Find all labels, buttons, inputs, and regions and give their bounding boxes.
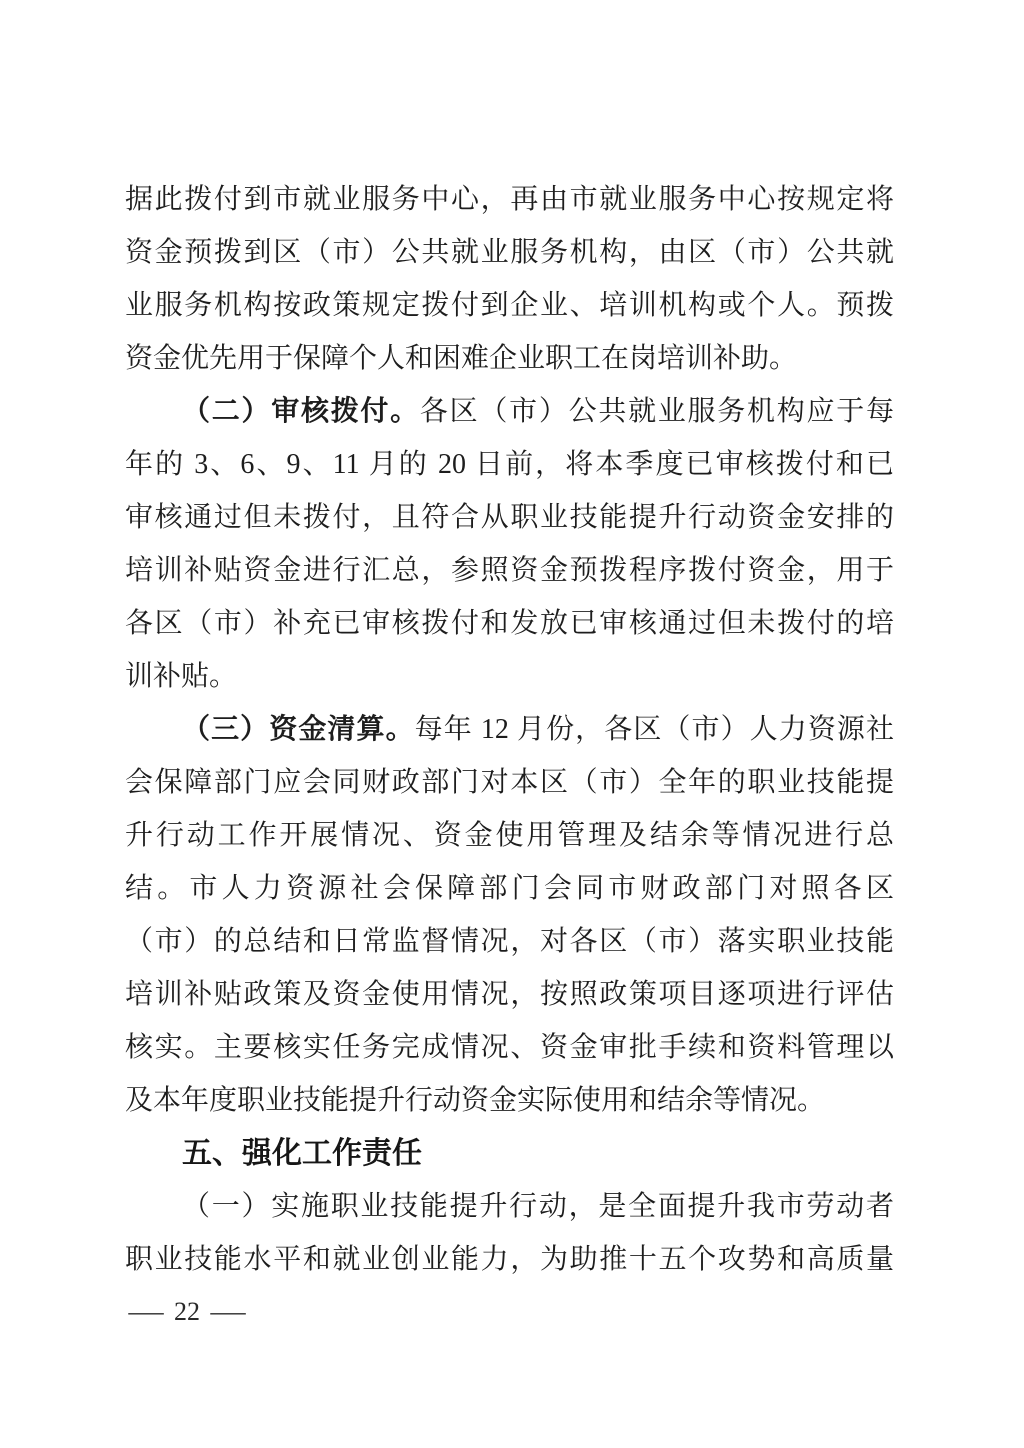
text-line: 业服务机构按政策规定拨付到企业、培训机构或个人。预拨 bbox=[125, 279, 894, 332]
text-line: 年的 3、6、9、11 月的 20 日前，将本季度已审核拨付和已 bbox=[125, 438, 894, 491]
line-text: 核实。主要核实任务完成情况、资金审批手续和资料管理以 bbox=[125, 1032, 894, 1063]
text-line: 核实。主要核实任务完成情况、资金审批手续和资料管理以 bbox=[125, 1021, 894, 1074]
text-line: 培训补贴政策及资金使用情况，按照政策项目逐项进行评估 bbox=[125, 968, 894, 1021]
line-text: 培训补贴政策及资金使用情况，按照政策项目逐项进行评估 bbox=[125, 979, 894, 1010]
text-line: 升行动工作开展情况、资金使用管理及结余等情况进行总 bbox=[125, 809, 894, 862]
text-line: 审核通过但未拨付，且符合从职业技能提升行动资金安排的 bbox=[125, 491, 894, 544]
line-text: 训补贴。 bbox=[125, 661, 237, 692]
text-line: （二）审核拨付。各区（市）公共就业服务机构应于每 bbox=[125, 385, 894, 438]
text-line: （三）资金清算。每年 12 月份，各区（市）人力资源社 bbox=[125, 703, 894, 756]
text-line: 培训补贴资金进行汇总，参照资金预拨程序拨付资金，用于 bbox=[125, 544, 894, 597]
line-text: 升行动工作开展情况、资金使用管理及结余等情况进行总 bbox=[125, 820, 894, 851]
line-text: 会保障部门应会同财政部门对本区（市）全年的职业技能提 bbox=[125, 767, 894, 798]
page-number: 22 bbox=[174, 1297, 200, 1327]
line-text: 职业技能水平和就业创业能力，为助推十五个攻势和高质量 bbox=[125, 1244, 894, 1275]
footer-dash-left: — bbox=[128, 1297, 163, 1327]
text-line: 结。市人力资源社会保障部门会同市财政部门对照各区 bbox=[125, 862, 894, 915]
text-line: 职业技能水平和就业创业能力，为助推十五个攻势和高质量 bbox=[125, 1233, 894, 1286]
text-line: 资金预拨到区（市）公共就业服务机构，由区（市）公共就 bbox=[125, 226, 894, 279]
line-text: 结。市人力资源社会保障部门会同市财政部门对照各区 bbox=[125, 873, 894, 904]
paragraph-run-in-title: （二）审核拨付。 bbox=[182, 396, 420, 427]
body-text: 据此拨付到市就业服务中心，再由市就业服务中心按规定将 资金预拨到区（市）公共就业… bbox=[125, 173, 894, 1286]
text-line: 据此拨付到市就业服务中心，再由市就业服务中心按规定将 bbox=[125, 173, 894, 226]
text-line: 训补贴。 bbox=[125, 650, 894, 703]
line-text: 及本年度职业技能提升行动资金实际使用和结余等情况。 bbox=[125, 1085, 825, 1116]
line-text: 培训补贴资金进行汇总，参照资金预拨程序拨付资金，用于 bbox=[125, 555, 894, 586]
document-page: 据此拨付到市就业服务中心，再由市就业服务中心按规定将 资金预拨到区（市）公共就业… bbox=[0, 0, 1024, 1448]
paragraph-run-in-title: （三）资金清算。 bbox=[182, 714, 415, 745]
text-line: 会保障部门应会同财政部门对本区（市）全年的职业技能提 bbox=[125, 756, 894, 809]
text-line: （市）的总结和日常监督情况，对各区（市）落实职业技能 bbox=[125, 915, 894, 968]
line-text: 各区（市）公共就业服务机构应于每 bbox=[420, 396, 894, 427]
text-line: 各区（市）补充已审核拨付和发放已审核通过但未拨付的培 bbox=[125, 597, 894, 650]
line-text: （市）的总结和日常监督情况，对各区（市）落实职业技能 bbox=[125, 926, 894, 957]
line-text: 业服务机构按政策规定拨付到企业、培训机构或个人。预拨 bbox=[125, 290, 894, 321]
line-text: 年的 3、6、9、11 月的 20 日前，将本季度已审核拨付和已 bbox=[125, 449, 894, 480]
footer-dash-right: — bbox=[210, 1297, 245, 1327]
section-heading-text: 五、强化工作责任 bbox=[182, 1137, 422, 1170]
text-line: （一）实施职业技能提升行动，是全面提升我市劳动者 bbox=[125, 1180, 894, 1233]
line-text: 据此拨付到市就业服务中心，再由市就业服务中心按规定将 bbox=[125, 184, 894, 215]
section-heading: 五、强化工作责任 bbox=[125, 1127, 894, 1180]
line-text: （一）实施职业技能提升行动，是全面提升我市劳动者 bbox=[182, 1191, 894, 1222]
text-line: 资金优先用于保障个人和困难企业职工在岗培训补助。 bbox=[125, 332, 894, 385]
line-text: 资金预拨到区（市）公共就业服务机构，由区（市）公共就 bbox=[125, 237, 894, 268]
line-text: 每年 12 月份，各区（市）人力资源社 bbox=[415, 714, 894, 745]
page-footer: — 22 — bbox=[133, 1297, 241, 1327]
line-text: 审核通过但未拨付，且符合从职业技能提升行动资金安排的 bbox=[125, 502, 894, 533]
text-line: 及本年度职业技能提升行动资金实际使用和结余等情况。 bbox=[125, 1074, 894, 1127]
line-text: 各区（市）补充已审核拨付和发放已审核通过但未拨付的培 bbox=[125, 608, 894, 639]
line-text: 资金优先用于保障个人和困难企业职工在岗培训补助。 bbox=[125, 343, 797, 374]
